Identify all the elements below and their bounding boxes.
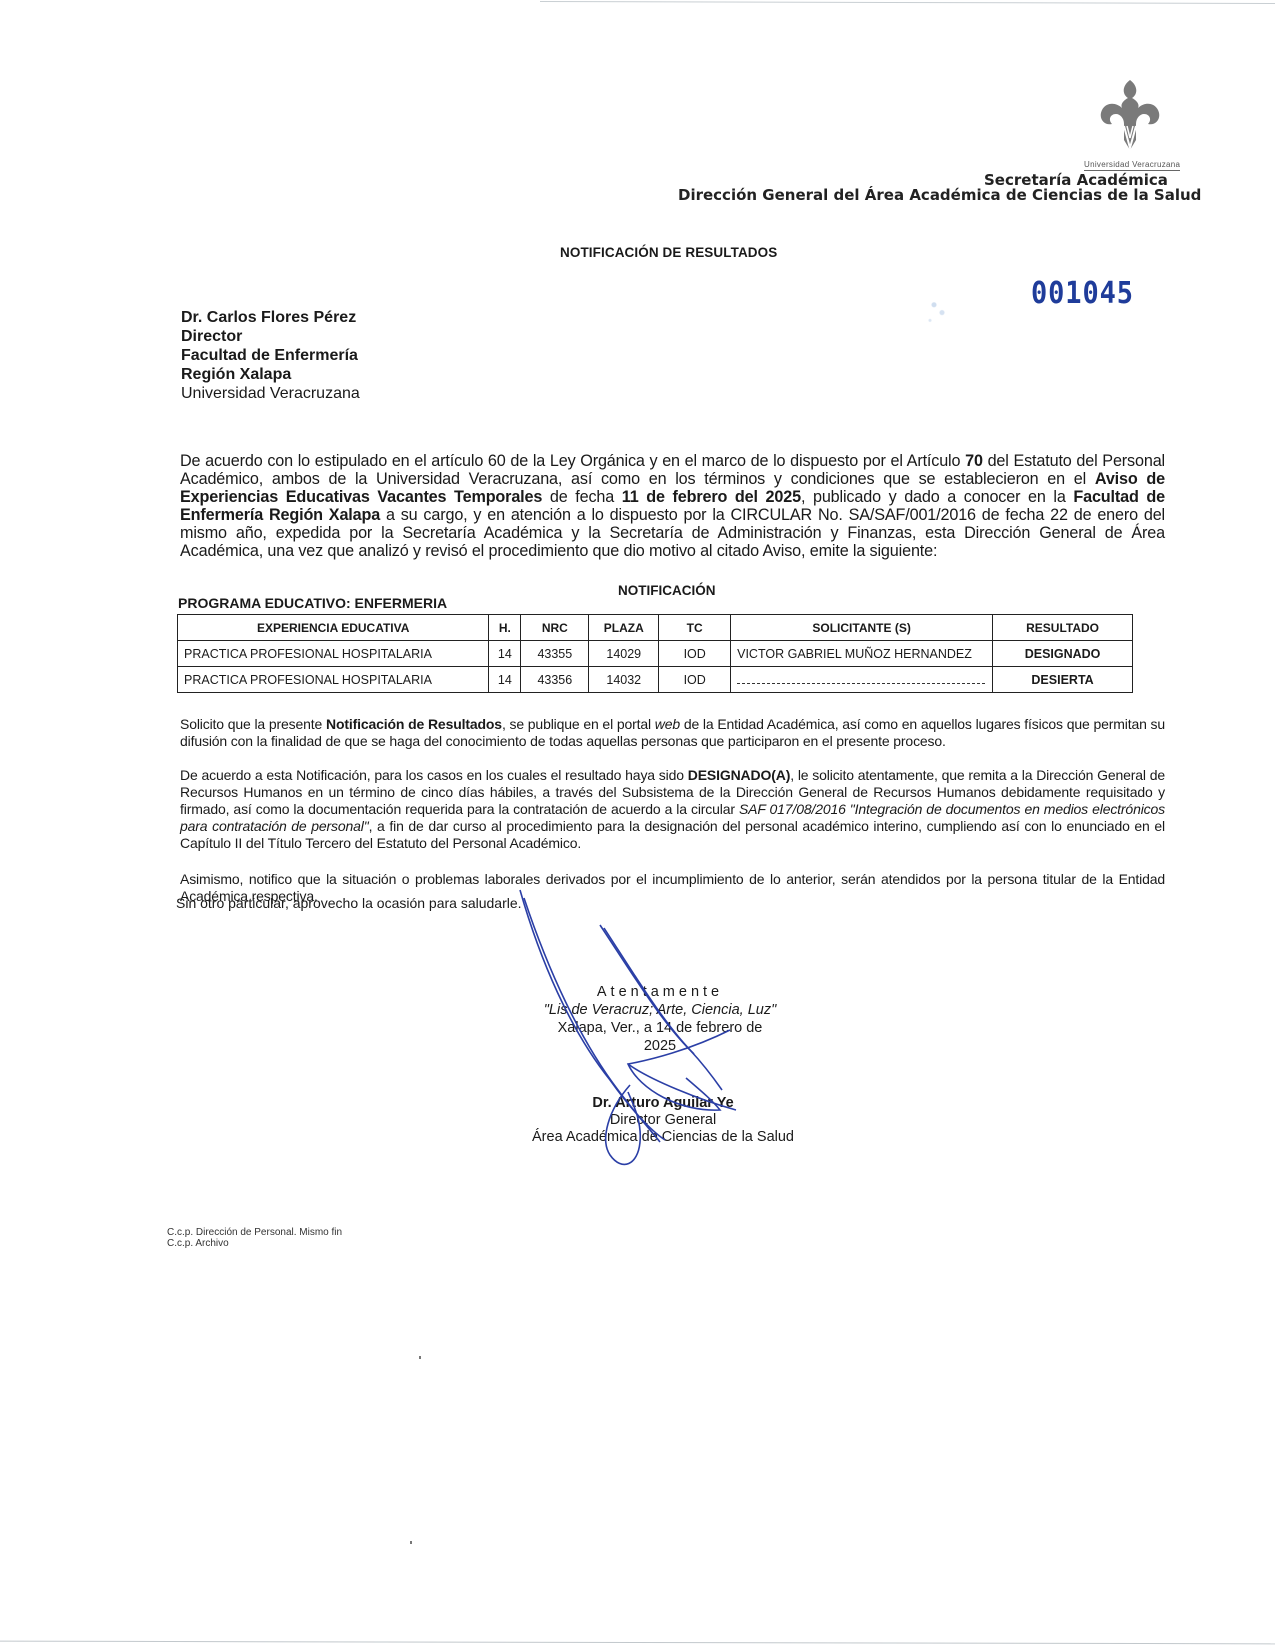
addressee-name: Dr. Carlos Flores Pérez	[181, 308, 360, 327]
addressee-position: Director	[181, 327, 360, 346]
col-experiencia: EXPERIENCIA EDUCATIVA	[178, 615, 489, 641]
scan-speck	[410, 1541, 412, 1544]
handwritten-signature-icon	[500, 880, 780, 1180]
col-solicitante: SOLICITANTE (S)	[731, 615, 993, 641]
addressee-faculty: Facultad de Enfermería	[181, 346, 360, 365]
addressee-block: Dr. Carlos Flores Pérez Director Faculta…	[181, 308, 360, 403]
cell-solicitante: VICTOR GABRIEL MUÑOZ HERNANDEZ	[731, 641, 993, 667]
cell-plaza: 14029	[589, 641, 659, 667]
program-label: PROGRAMA EDUCATIVO: ENFERMERIA	[178, 595, 447, 611]
cc-block: C.c.p. Dirección de Personal. Mismo fin …	[167, 1227, 342, 1249]
table-row: PRACTICA PROFESIONAL HOSPITALARIA 14 433…	[178, 641, 1133, 667]
table-header-row: EXPERIENCIA EDUCATIVA H. NRC PLAZA TC SO…	[178, 615, 1133, 641]
scan-edge-bottom	[0, 1641, 1275, 1645]
document-title: NOTIFICACIÓN DE RESULTADOS	[560, 245, 777, 260]
cell-tc: IOD	[659, 667, 731, 693]
col-nrc: NRC	[521, 615, 589, 641]
cell-h: 14	[489, 641, 521, 667]
cell-nrc: 43355	[521, 641, 589, 667]
university-label: Universidad Veracruzana	[1084, 160, 1180, 171]
col-resultado: RESULTADO	[993, 615, 1133, 641]
cc-line: C.c.p. Dirección de Personal. Mismo fin	[167, 1227, 342, 1238]
notification-heading: NOTIFICACIÓN	[618, 583, 716, 598]
stamp-smudge	[918, 284, 958, 336]
farewell-line: Sin otro particular, aprovecho la ocasió…	[176, 895, 522, 911]
scan-edge-top	[540, 1, 1275, 4]
dashed-placeholder	[737, 676, 985, 684]
cell-resultado: DESIGNADO	[993, 641, 1133, 667]
designation-paragraph: De acuerdo a esta Notificación, para los…	[180, 767, 1165, 852]
addressee-institution: Universidad Veracruzana	[181, 384, 360, 403]
col-plaza: PLAZA	[589, 615, 659, 641]
col-tc: TC	[659, 615, 731, 641]
table-row: PRACTICA PROFESIONAL HOSPITALARIA 14 433…	[178, 667, 1133, 693]
cell-resultado: DESIERTA	[993, 667, 1133, 693]
cell-experiencia: PRACTICA PROFESIONAL HOSPITALARIA	[178, 667, 489, 693]
cell-tc: IOD	[659, 641, 731, 667]
cc-line: C.c.p. Archivo	[167, 1238, 342, 1249]
addressee-region: Región Xalapa	[181, 365, 360, 384]
folio-number: 001045	[1031, 276, 1134, 311]
cell-experiencia: PRACTICA PROFESIONAL HOSPITALARIA	[178, 641, 489, 667]
publication-paragraph: Solicito que la presente Notificación de…	[180, 716, 1165, 750]
results-table: EXPERIENCIA EDUCATIVA H. NRC PLAZA TC SO…	[177, 614, 1133, 693]
direccion-general: Dirección General del Área Académica de …	[678, 186, 1201, 204]
scan-speck	[419, 1356, 421, 1359]
intro-paragraph: De acuerdo con lo estipulado en el artíc…	[180, 452, 1165, 560]
cell-solicitante-empty	[731, 667, 993, 693]
uv-fleur-de-lis-logo-icon	[1098, 78, 1162, 158]
cell-h: 14	[489, 667, 521, 693]
col-h: H.	[489, 615, 521, 641]
cell-nrc: 43356	[521, 667, 589, 693]
cell-plaza: 14032	[589, 667, 659, 693]
